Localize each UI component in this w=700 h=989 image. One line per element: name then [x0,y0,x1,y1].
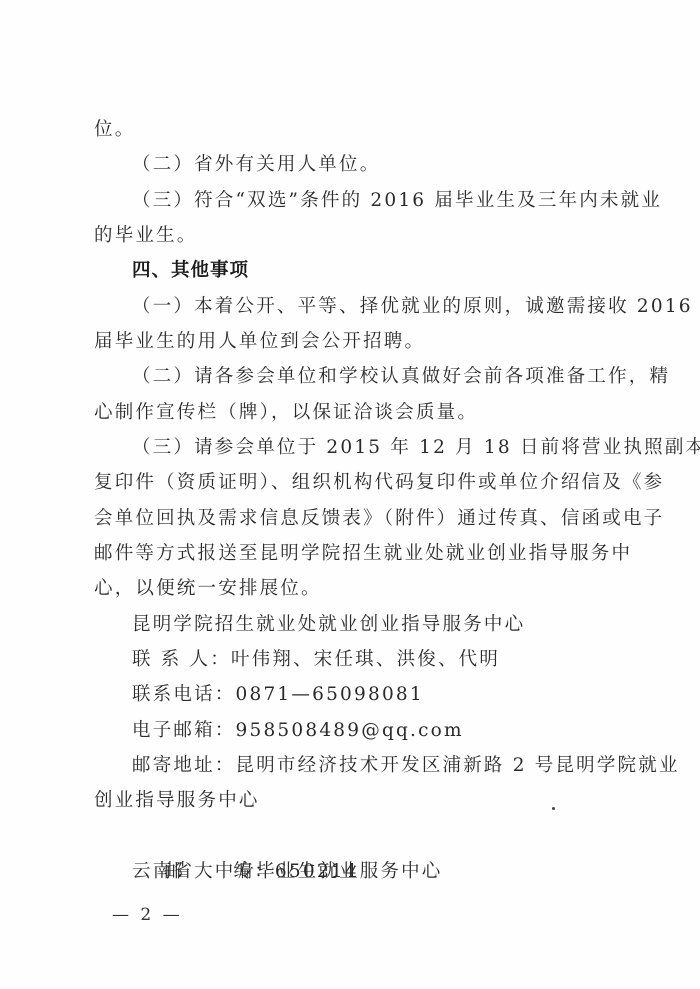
address-value: 昆明市经济技术开发区浦新路 2 号昆明学院就业 [236,755,680,776]
phone-value: 0871—65098081 [236,684,424,705]
phone-label: 联系电话： [132,684,236,705]
phone-row: 联系电话：0871—65098081 [132,677,610,712]
contacts-row: 联 系 人：叶伟翔、宋任琪、洪俊、代明 [132,642,610,677]
email-label: 电子邮箱： [132,720,236,741]
paragraph-line: 心制作宣传栏（牌），以保证洽谈会质量。 [94,395,610,430]
page-number: — 2 — [112,902,183,928]
paragraph-line: 邮件等方式报送至昆明学院招生就业处就业创业指导服务中 [94,536,610,571]
paragraph-line: 心，以便统一安排展位。 [94,571,610,606]
contacts-value: 叶伟翔、宋任琪、洪俊、代明 [231,649,500,670]
scan-speck [552,807,555,810]
address-continuation: 创业指导服务中心 [94,783,610,818]
paragraph-line: 会单位回执及需求信息反馈表》（附件）通过传真、信函或电子 [94,501,610,536]
email-row: 电子邮箱：958508489@qq.com [132,713,610,748]
postcode-row: 邮 编：650214 [132,819,610,854]
paragraph-line: 届毕业生的用人单位到会公开招聘。 [94,324,610,359]
paragraph-line: （一）本着公开、平等、择优就业的原则，诚邀需接收 2016 [132,289,610,324]
paragraph-line: 位。 [94,112,610,147]
co-organizer-name: 云南省大中专毕业生就业服务中心 [132,854,610,889]
paragraph-line: 的毕业生。 [94,218,610,253]
paragraph-line: （二）请各参会单位和学校认真做好会前各项准备工作，精 [132,359,610,394]
paragraph-line: 复印件（资质证明）、组织机构代码复印件或单位介绍信及《参 [94,465,610,500]
address-row: 邮寄地址：昆明市经济技术开发区浦新路 2 号昆明学院就业 [132,748,610,783]
paragraph-line: （三）请参会单位于 2015 年 12 月 18 日前将营业执照副本 [132,430,610,465]
email-value: 958508489@qq.com [236,720,464,741]
organizer-name: 昆明学院招生就业处就业创业指导服务中心 [132,607,610,642]
address-label: 邮寄地址： [132,755,236,776]
paragraph-line: （三）符合“双选”条件的 2016 届毕业生及三年内未就业 [132,183,610,218]
section-heading: 四、其他事项 [132,253,610,288]
paragraph-line: （二）省外有关用人单位。 [132,147,610,182]
document-page: 位。 （二）省外有关用人单位。 （三）符合“双选”条件的 2016 届毕业生及三… [0,0,700,989]
contacts-label: 联 系 人： [132,649,231,670]
